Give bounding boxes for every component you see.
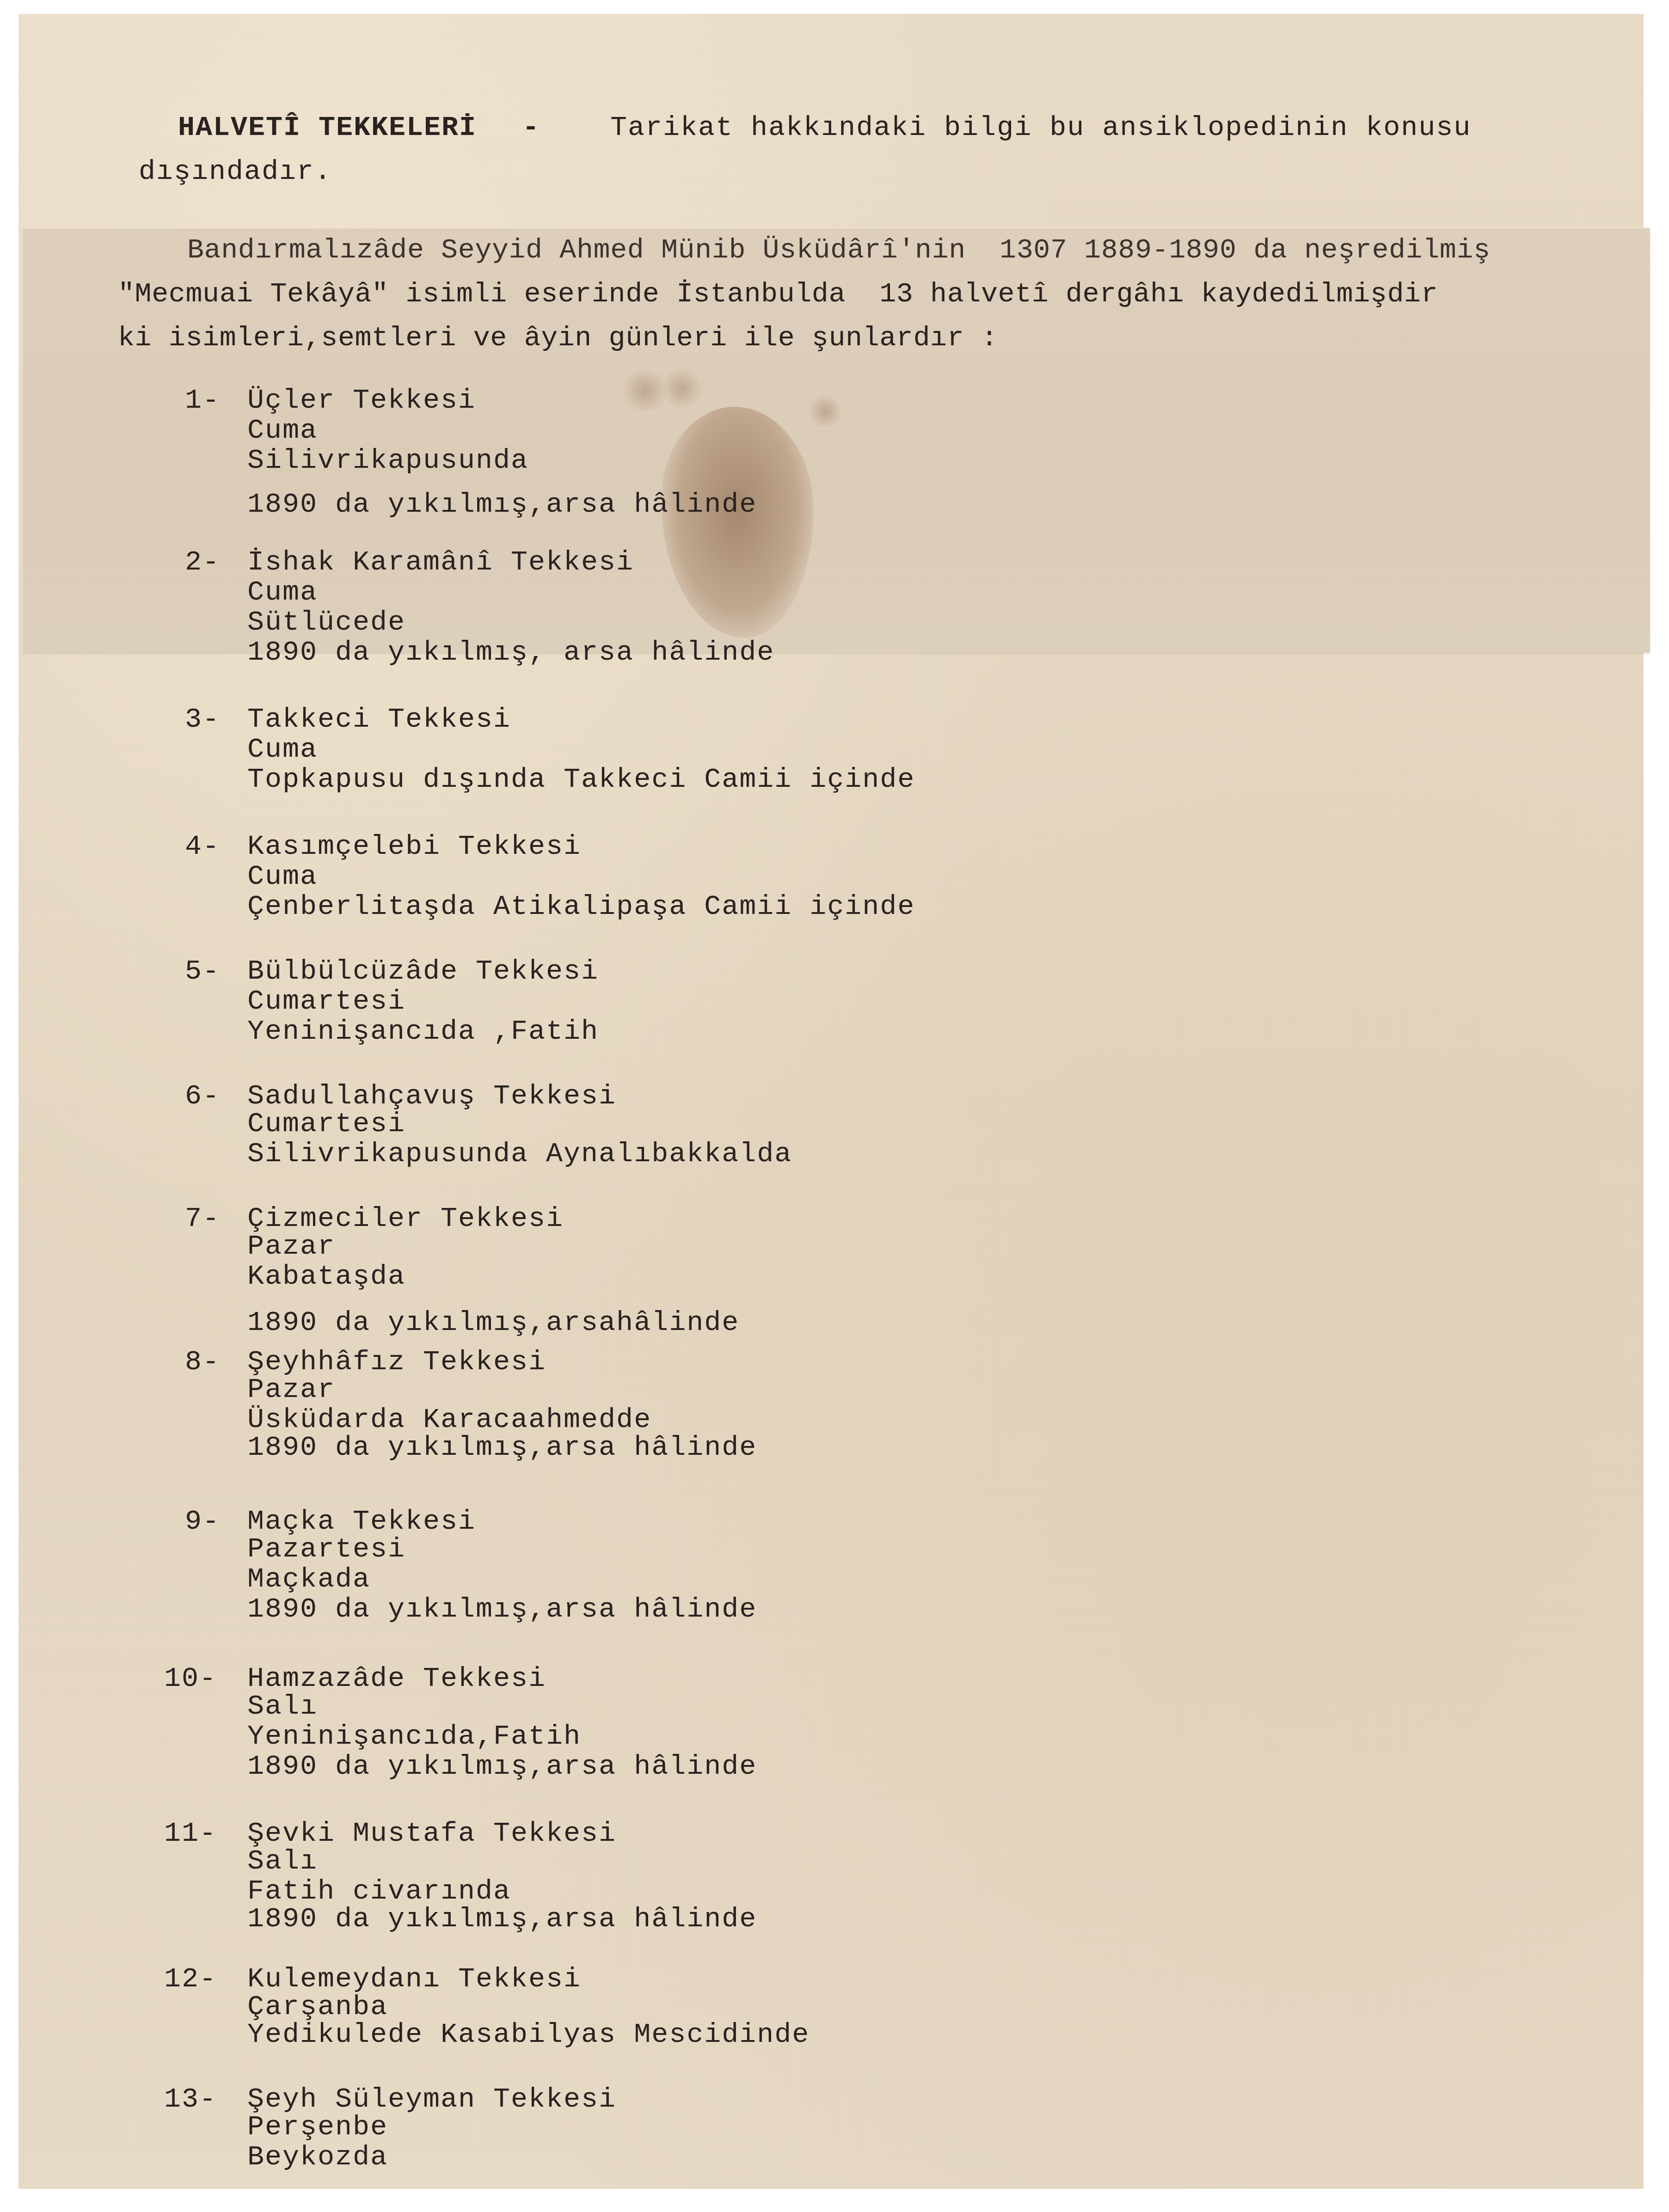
item-name: Hamzazâde Tekkesi (247, 1664, 546, 1694)
item-location: Topkapusu dışında Takkeci Camii içinde (247, 765, 915, 795)
item-number: 10- (164, 1664, 217, 1694)
intro-line-3: ki isimleri,semtleri ve âyin günleri ile… (118, 324, 998, 353)
item-location: Fatih civarında (247, 1877, 511, 1906)
item-name: Çizmeciler Tekkesi (247, 1204, 564, 1234)
item-number: 1- (185, 386, 220, 416)
item-ayin-day: Cuma (247, 578, 318, 607)
item-ayin-day: Cuma (247, 416, 318, 446)
item-name: Takkeci Tekkesi (247, 705, 511, 735)
item-location: Silivrikapusunda (247, 446, 528, 476)
item-number: 4- (185, 832, 220, 862)
item-ayin-day: Çarşanba (247, 1992, 388, 2022)
item-name: Şeyh Süleyman Tekkesi (247, 2085, 616, 2114)
stain-spot (809, 393, 841, 430)
item-ayin-day: Cuma (247, 735, 318, 765)
item-ayin-day: Pazartesi (247, 1535, 405, 1564)
item-location: Kabataşda (247, 1262, 405, 1292)
item-note: 1890 da yıkılmış,arsa hâlinde (247, 1905, 757, 1934)
item-location: Silivrikapusunda Aynalıbakkalda (247, 1140, 792, 1169)
item-number: 3- (185, 705, 220, 735)
item-number: 9- (185, 1507, 220, 1537)
item-location: Yedikulede Kasabilyas Mescidinde (247, 2020, 810, 2050)
item-name: Sadullahçavuş Tekkesi (247, 1082, 616, 1111)
intro-line-1: Bandırmalızâde Seyyid Ahmed Münib Üsküdâ… (187, 236, 1491, 265)
item-location: Sütlücede (247, 608, 405, 637)
item-ayin-day: Cumartesi (247, 1109, 405, 1139)
item-name: Şeyhhâfız Tekkesi (247, 1348, 546, 1377)
item-ayin-day: Salı (247, 1692, 318, 1722)
item-name: Maçka Tekkesi (247, 1507, 476, 1537)
item-number: 6- (185, 1082, 220, 1111)
item-note: 1890 da yıkılmış,arsa hâlinde (247, 490, 757, 520)
item-ayin-day: Perşenbe (247, 2113, 388, 2142)
item-note: 1890 da yıkılmış,arsa hâlinde (247, 1595, 757, 1624)
item-ayin-day: Cuma (247, 862, 318, 892)
item-note: 1890 da yıkılmış, arsa hâlinde (247, 638, 774, 668)
item-name: Şevki Mustafa Tekkesi (247, 1819, 616, 1849)
item-number: 7- (185, 1204, 220, 1234)
item-note: 1890 da yıkılmış,arsa hâlinde (247, 1433, 757, 1463)
heading-text-cont: dışındadır. (139, 157, 332, 187)
item-location: Yeninişancıda,Fatih (247, 1722, 581, 1752)
item-note: 1890 da yıkılmış,arsa hâlinde (247, 1752, 757, 1782)
item-number: 2- (185, 548, 220, 577)
item-ayin-day: Pazar (247, 1232, 335, 1262)
heading-text: Tarikat hakkındaki bilgi bu ansiklopedin… (610, 113, 1471, 143)
item-location: Yeninişancıda ,Fatih (247, 1017, 599, 1047)
item-number: 8- (185, 1348, 220, 1377)
item-name: İshak Karamânî Tekkesi (247, 548, 634, 577)
item-ayin-day: Salı (247, 1847, 318, 1876)
item-ayin-day: Cumartesi (247, 987, 405, 1017)
item-location: Üsküdarda Karacaahmedde (247, 1405, 651, 1435)
item-number: 11- (164, 1819, 217, 1849)
stain-spot (661, 368, 703, 409)
heading-dash: - (522, 113, 540, 143)
intro-line-2: "Mecmuai Tekâyâ" isimli eserinde İstanbu… (118, 280, 1438, 309)
item-name: Kulemeydanı Tekkesi (247, 1965, 581, 1994)
item-location: Maçkada (247, 1565, 370, 1594)
item-ayin-day: Pazar (247, 1375, 335, 1405)
item-number: 12- (164, 1965, 217, 1994)
item-note: 1890 da yıkılmış,arsahâlinde (247, 1308, 739, 1338)
item-name: Bülbülcüzâde Tekkesi (247, 957, 599, 987)
item-name: Kasımçelebi Tekkesi (247, 832, 581, 862)
heading-title: HALVETÎ TEKKELERİ (178, 113, 477, 143)
item-number: 13- (164, 2085, 217, 2114)
item-location: Beykozda (247, 2143, 388, 2172)
item-name: Üçler Tekkesi (247, 386, 476, 416)
item-location: Çenberlitaşda Atikalipaşa Camii içinde (247, 892, 915, 922)
item-number: 5- (185, 957, 220, 987)
